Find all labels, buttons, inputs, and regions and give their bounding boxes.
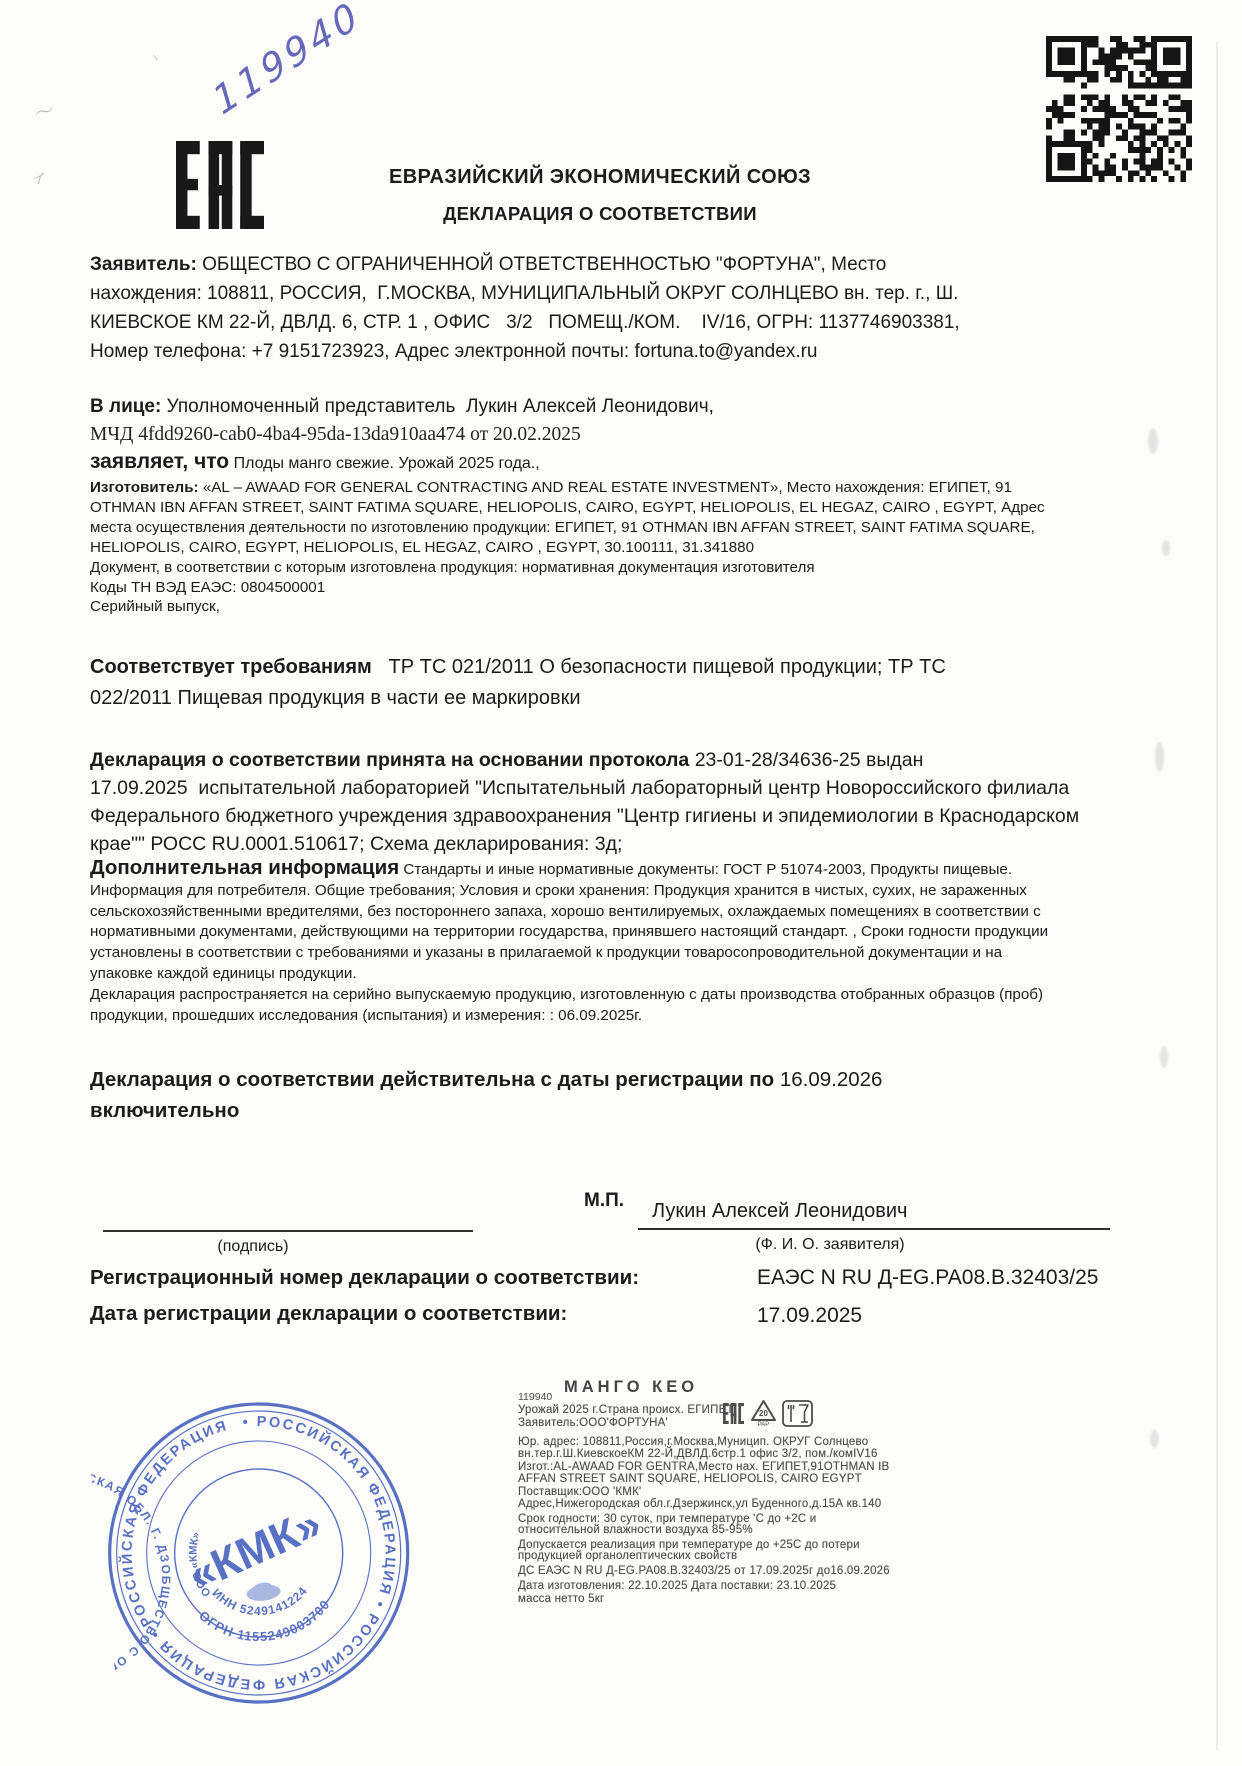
sticker-line: относительной влажности воздуха 85-95%: [518, 1524, 753, 1536]
applicant-section: Заявитель: ОБЩЕСТВО С ОГРАНИЧЕННОЙ ОТВЕТ…: [90, 250, 1160, 366]
recycle-material: PAP: [758, 1422, 770, 1427]
sticker-line: вн.тер.г.Ш.КиевскоеКМ 22-Й,ДВЛД.6стр.1 о…: [518, 1448, 878, 1460]
eac-mark-small-icon: [722, 1403, 745, 1427]
sticker-line: Дата изготовления: 22.10.2025 Дата поста…: [518, 1580, 836, 1592]
additional-info-section: Дополнительная информация Стандарты и ин…: [90, 858, 1215, 1026]
product-description: Плоды манго свежие. Урожай 2025 года.,: [229, 455, 540, 472]
additional-info-text: Стандарты и иные нормативные документы: …: [90, 861, 1048, 1024]
registration-number-label: Регистрационный номер декларации о соотв…: [90, 1266, 639, 1290]
serial-release-line: Серийный выпуск,: [90, 597, 1198, 617]
sticker-line: ДС ЕАЭС N RU Д-EG.РА08.В.32403/25 от 17.…: [518, 1565, 890, 1577]
pencil-mark: 〜: [30, 93, 59, 127]
sticker-line: Урожай 2025 г.Страна происх. ЕГИПЕТ: [518, 1404, 734, 1416]
registration-number-value: ЕАЭС N RU Д-EG.РА08.В.32403/25: [757, 1266, 1098, 1290]
sticker-line: Изгот.:AL-AWAAD FOR GENTRA,Место нах. ЕГ…: [518, 1461, 889, 1473]
company-round-stamp: • РОССИЙСКАЯ ФЕДЕРАЦИЯ • РОССИЙСКАЯ ФЕДЕ…: [84, 1378, 435, 1733]
product-document-lines: Документ, в соответствии с которым изгот…: [90, 558, 1198, 617]
declares-label: заявляет, что: [90, 450, 229, 473]
recycle-number: 20: [759, 1409, 768, 1418]
scan-artifact-smudge: [1160, 1046, 1168, 1068]
declaration-document-page: 〜 ィ ヽ 119940 ЕВРАЗИЙСКИЙ ЭКОНОМИЧЕСКИЙ С…: [0, 0, 1242, 1766]
sticker-icons: 20 PAP: [722, 1399, 813, 1430]
sticker-line: масса нетто 5кг: [518, 1593, 604, 1605]
representative-text: Уполномоченный представитель Лукин Алекс…: [161, 396, 714, 417]
document-title: ДЕКЛАРАЦИЯ О СООТВЕТСТВИИ: [90, 203, 1110, 225]
handwritten-number: 119940: [206, 0, 368, 123]
sticker-line: Поставщик:ООО 'КМК': [518, 1486, 641, 1498]
product-label-sticker: МАНГО КЕО 119940 Урожай 2025 г.Страна пр…: [518, 1382, 858, 1614]
sticker-line: продукцией органолептических свойств: [518, 1550, 737, 1562]
validity-section: Декларация о соответствии действительна …: [90, 1064, 1150, 1126]
signature-line: [103, 1230, 473, 1232]
manufacturer-label: Изготовитель:: [90, 479, 199, 496]
declares-section: заявляет, что Плоды манго свежие. Урожай…: [90, 450, 1190, 474]
sticker-code: 119940: [518, 1391, 552, 1403]
stamp-emblem: [245, 1581, 281, 1603]
signature-caption: (подпись): [128, 1238, 378, 1256]
pencil-mark: ィ: [27, 158, 54, 191]
manufacturer-section: Изготовитель: «AL – AWAAD FOR GENERAL CO…: [90, 478, 1198, 558]
qr-code-icon: [1046, 36, 1192, 187]
applicant-text: ОБЩЕСТВО С ОГРАНИЧЕННОЙ ОТВЕТСТВЕННОСТЬЮ…: [90, 254, 960, 362]
pencil-mark: ヽ: [148, 48, 162, 68]
sticker-title: МАНГО КЕО: [564, 1378, 698, 1397]
union-title: ЕВРАЗИЙСКИЙ ЭКОНОМИЧЕСКИЙ СОЮЗ: [90, 166, 1110, 189]
food-contact-glass-fork-icon: [782, 1400, 813, 1430]
scan-artifact-line: [1216, 42, 1218, 1750]
tnved-code-line: Коды ТН ВЭД ЕАЭС: 0804500001: [90, 578, 1198, 598]
scan-artifact-smudge: [1150, 1430, 1159, 1448]
applicant-label: Заявитель:: [90, 254, 197, 275]
registration-date-value: 17.09.2025: [757, 1304, 862, 1328]
representative-label: В лице:: [90, 396, 161, 417]
basis-label: Декларация о соответствии принята на осн…: [90, 749, 689, 771]
representative-section: В лице: Уполномоченный представитель Лук…: [90, 396, 1160, 418]
compliance-label: Соответствует требованиям: [90, 656, 372, 678]
additional-info-label: Дополнительная информация: [90, 856, 399, 879]
sticker-line: Заявитель:ООО'ФОРТУНА': [518, 1417, 668, 1429]
stamp-place-label: М.П.: [584, 1190, 624, 1212]
compliance-section: Соответствует требованиям ТР ТС 021/2011…: [90, 652, 1150, 714]
sticker-line: AFFAN STREET SAINT SQUARE, HELIOPOLIS, C…: [518, 1473, 862, 1485]
validity-prefix: Декларация о соответствии действительна …: [90, 1068, 780, 1091]
fio-caption: (Ф. И. О. заявителя): [690, 1236, 970, 1254]
validity-suffix: включительно: [90, 1099, 239, 1122]
stamp-center-text: «КМК»: [181, 1499, 328, 1600]
validity-date: 16.09.2026: [780, 1068, 883, 1091]
signer-name: Лукин Алексей Леонидович: [652, 1200, 907, 1223]
registration-date-label: Дата регистрации декларации о соответств…: [90, 1302, 567, 1326]
recycling-triangle-icon: 20 PAP: [750, 1399, 777, 1430]
fio-line: [638, 1228, 1110, 1230]
basis-section: Декларация о соответствии принята на осн…: [90, 746, 1165, 858]
normative-doc-line: Документ, в соответствии с которым изгот…: [90, 558, 1198, 578]
mchd-line: МЧД 4fdd9260-cab0-4ba4-95da-13da910aa474…: [90, 424, 1160, 446]
sticker-line: Юр. адрес: 108811,Россия,г.Москва,Муници…: [518, 1436, 868, 1448]
manufacturer-text: «AL – AWAAD FOR GENERAL CONTRACTING AND …: [90, 479, 1045, 556]
sticker-line: Адрес,Нижегородская обл.г.Дзержинск,ул Б…: [518, 1498, 881, 1510]
